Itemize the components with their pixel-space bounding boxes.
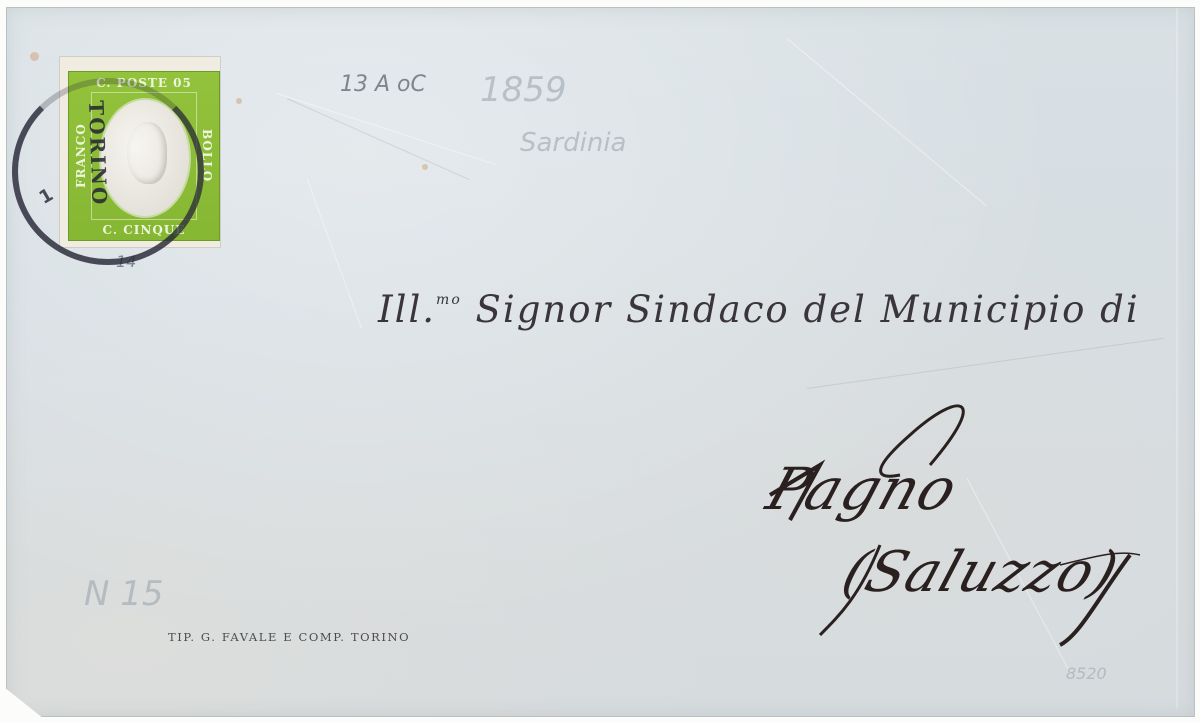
paper-edge-line (1177, 9, 1178, 709)
paper-crease (787, 38, 987, 206)
foxing-spot (236, 98, 242, 104)
postmark-town-text: TORINO (84, 100, 112, 207)
scanned-postal-cover: 13 A oC 1859 Sardinia 14 N 15 8520 C. PO… (0, 0, 1200, 723)
stamp-embossed-portrait (99, 98, 191, 218)
paper-crease (807, 338, 1164, 389)
pencil-year-note: 1859 (480, 70, 567, 110)
king-profile-icon (127, 122, 167, 184)
pencil-date-note: 13 A oC (340, 72, 426, 97)
printed-address-line: Ill.mo Signor Sindaco del Municipio di (378, 288, 1140, 331)
paper-crease (277, 93, 496, 165)
paper-crease (287, 98, 470, 180)
pencil-corner-note: 8520 (1066, 664, 1107, 683)
salutation-superscript: mo (436, 292, 462, 308)
postage-stamp: C. POSTE 05 FRANCO BOLLO C. CINQUE (60, 57, 220, 247)
handwritten-destination-town: Pagno (759, 455, 967, 523)
foxing-spot (30, 52, 39, 61)
pencil-catalog-note: N 15 (84, 574, 164, 614)
stamp-bottom-text: C. CINQUE (69, 223, 219, 237)
paper-crease (307, 178, 363, 329)
stamp-right-text: BOLLO (197, 72, 217, 240)
foxing-spot (422, 164, 428, 170)
handwritten-destination-region: (Saluzzo) (834, 540, 1126, 605)
addressee-line: Signor Sindaco del Municipio di (476, 288, 1140, 331)
salutation-title: Ill. (378, 288, 436, 331)
pencil-origin-note: Sardinia (520, 128, 627, 158)
printer-imprint: TIP. G. FAVALE E COMP. TORINO (168, 630, 410, 644)
pencil-under-stamp-note: 14 (116, 252, 136, 271)
